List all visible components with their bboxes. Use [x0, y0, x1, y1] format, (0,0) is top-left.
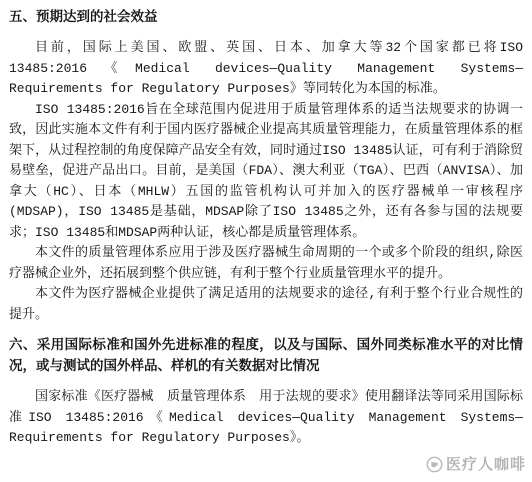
coffee-brand-logo-icon [426, 456, 443, 473]
paragraph-regulatory-compliance: 本文件为医疗器械企业提供了满足适用的法规要求的途径,有利于整个行业合规性的提升。 [9, 284, 523, 325]
section-heading-social-benefits: 五、预期达到的社会效益 [9, 7, 523, 28]
watermark-label: 医疗人咖啡 [446, 457, 526, 472]
document-page: 五、预期达到的社会效益 目前，国际上美国、欧盟、英国、日本、加拿大等32个国家都… [0, 0, 532, 482]
paragraph-lifecycle-supply-chain: 本文件的质量管理体系应用于涉及医疗器械生命周期的一个或多个阶段的组织,除医疗器械… [9, 243, 523, 284]
paragraph-national-standard-translation: 国家标准《医疗器械 质量管理体系 用于法规的要求》使用翻译法等同采用国际标准IS… [9, 387, 523, 449]
watermark: 医疗人咖啡 [426, 456, 526, 473]
paragraph-iso13485-purpose-mdsap: ISO 13485:2016旨在全球范围内促进用于质量管理体系的适当法规要求的协… [9, 100, 523, 244]
paragraph-countries-adoption: 目前，国际上美国、欧盟、英国、日本、加拿大等32个国家都已将ISO 13485:… [9, 38, 523, 100]
section-heading-standard-comparison: 六、采用国际标准和国外先进标准的程度，以及与国际、国外同类标准水平的对比情况，或… [9, 335, 523, 377]
